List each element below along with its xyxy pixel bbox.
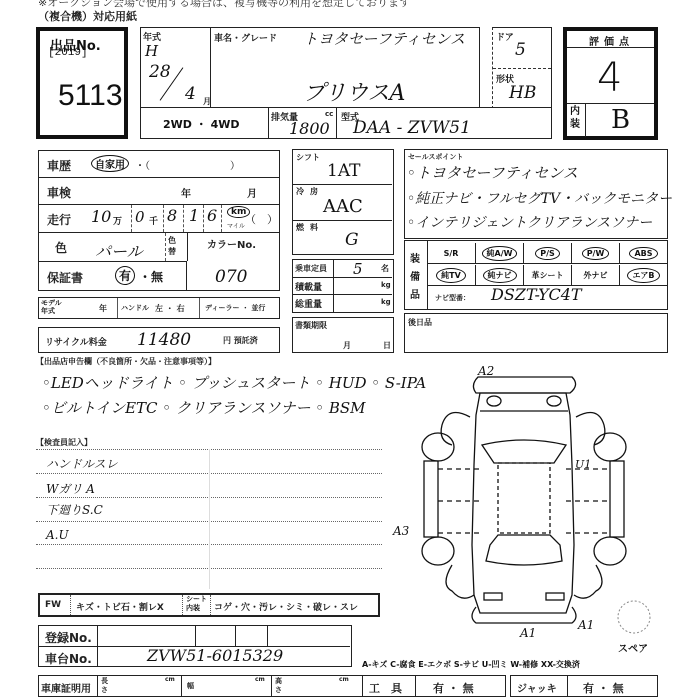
mileage-label: 走行 [47, 211, 71, 228]
equipment-label: 装備品 [410, 251, 420, 305]
recycle-label: リサイクル料金 [45, 335, 107, 348]
door-divider [493, 68, 551, 69]
equipment-item-label: エアB [627, 268, 659, 283]
equipment-item-label: P/S [535, 247, 560, 260]
warranty-sep: ・ [139, 268, 151, 285]
shift-value: 1AT [327, 161, 361, 181]
mileage-sep-2 [163, 205, 164, 232]
reg-vline-4 [267, 626, 268, 646]
car-damage-diagram [390, 355, 700, 655]
docs-day: 日 [383, 340, 391, 351]
recycle-row: リサイクル料金 11480 円 預託済 [38, 327, 280, 353]
equipment-item-label: 純A/W [482, 246, 518, 261]
capacity-unit: 名 [381, 263, 389, 274]
inspector-note-1: ハンドルスレ [46, 455, 118, 472]
door-label: ドア [496, 30, 514, 43]
score-overall: 4 [597, 55, 622, 101]
sales-point-3: ◦インテリジェントクリアランスソナー [407, 212, 652, 232]
equipment-row-divider-1 [427, 263, 667, 264]
mileage-paren: （ ） [245, 211, 278, 227]
drive-label: 2WD ・ 4WD [163, 116, 240, 132]
car-grade: プリウスA [303, 76, 405, 107]
docs-month: 月 [343, 340, 351, 351]
color-value: パール [95, 239, 143, 262]
seat-options: コゲ・穴・汚レ・シミ・破レ・スレ [214, 600, 358, 613]
gross-unit: kg [381, 298, 391, 306]
tools-sep [415, 676, 416, 696]
interior-divider [567, 103, 654, 104]
warranty-label: 保証書 [47, 269, 83, 286]
color-code-label: カラーNo. [207, 236, 256, 251]
sales-points-label: セールスポイント [408, 152, 463, 162]
mileage-unit-mile: マイル [227, 221, 245, 230]
equipment-item: 革シート [523, 265, 571, 285]
equipment-item: P/S [523, 243, 571, 263]
handle-options: 左 ・ 右 [155, 303, 185, 314]
equipment-item: S/R [427, 243, 475, 263]
load-unit: kg [381, 281, 391, 289]
reg-label: 登録No. [45, 629, 92, 646]
model-value: DAA - ZVW51 [353, 118, 471, 138]
mileage-man-unit: 万 [113, 214, 122, 227]
load-label: 積載量 [295, 280, 322, 293]
interior-label: 内装 [570, 105, 582, 131]
seat-sep-2 [210, 595, 211, 615]
equipment-item: P/W [571, 243, 619, 263]
color-code-value: 070 [215, 267, 247, 287]
shift-label: シフト [296, 152, 320, 163]
equipment-item-label: 革シート [528, 269, 568, 282]
model-box: 型式 DAA - ZVW51 [336, 107, 552, 139]
tools-label: 工 具 [369, 680, 402, 696]
spare-label: スペア [618, 640, 648, 655]
door-shape-box: ドア 5 形状 HB [492, 27, 552, 109]
garage-width-unit: cm [255, 676, 265, 683]
seller-notes-label: 【出品店申告欄（不良箇所・欠品・注意事項等）】 [36, 356, 216, 367]
year-era: H [145, 42, 158, 60]
displacement-value: 1800 [289, 119, 330, 138]
ac-divider [293, 220, 392, 221]
garage-height-unit: cm [339, 676, 349, 683]
seller-note-1: ◦LEDヘッドライト ◦ プッシュスタート ◦ HUD ◦ S-IPA [42, 372, 426, 393]
fw-sep [70, 595, 71, 615]
equipment-box: 装備品 S/R純A/WP/SP/WABS 純TV純ナビ革シート外ナビエアB ナビ… [404, 240, 668, 310]
mileage-sep-3 [183, 205, 184, 232]
reg-vline-3 [235, 626, 236, 646]
header-note: （複合機）対応用紙 [38, 8, 137, 24]
shape-value: HB [509, 83, 536, 103]
interior-score: B [611, 105, 630, 135]
history-label: 車歴 [47, 157, 71, 174]
jack-box: ジャッキ 有 ・ 無 [510, 675, 658, 697]
reg-vline [97, 626, 98, 666]
ac-value: AAC [323, 196, 363, 217]
equipment-item: 外ナビ [571, 265, 619, 285]
chassis-label: 車台No. [45, 650, 92, 667]
equipment-item-label: 純ナビ [483, 268, 517, 283]
recycle-suffix: 円 預託済 [223, 335, 258, 346]
sales-points-box: セールスポイント ◦トヨタセーフティセンス ◦純正ナビ・フルセグTV・バックモニ… [404, 149, 668, 239]
capacity-value: 5 [353, 260, 363, 278]
model-year-row: モデル年式 年 ハンドル 左 ・ 右 ディーラー ・ 並行 [38, 297, 280, 319]
inspection-year-unit: 年 [181, 185, 191, 200]
lot-stamp: [2019] [48, 47, 88, 59]
ac-label: 冷房 [296, 186, 324, 197]
shift-divider [293, 184, 392, 185]
reg-vline-2 [195, 626, 196, 646]
lot-box: 出品No. [2019] 5113 [36, 27, 128, 139]
damage-mark-front: A2 [478, 364, 494, 378]
equipment-item-label: S/R [440, 248, 463, 259]
sales-point-2: ◦純正ナビ・フルセグTV・バックモニター [407, 188, 672, 208]
inspection-label: 車検 [47, 184, 71, 201]
equipment-item: 純TV [427, 265, 475, 285]
inspector-note-3: 下廻りS.C [46, 501, 103, 518]
sales-point-1: ◦トヨタセーフティセンス [407, 162, 578, 183]
equipment-item-label: 純TV [436, 268, 466, 283]
inspection-row: 車検 年 月 [38, 177, 280, 205]
garage-length-unit: cm [165, 676, 175, 683]
equipment-item-label: 外ナビ [580, 269, 612, 282]
lot-number: 5113 [58, 79, 123, 113]
fuel-label: 燃料 [296, 222, 324, 233]
nav-model-value: DSZT-YC4T [491, 285, 582, 304]
damage-legend: A-キズ C-腐食 E-エクボ S-サビ U-凹ミ W-補修 XX-交換済 [362, 659, 580, 670]
displacement-box: 排気量 cc 1800 [268, 107, 338, 139]
registration-box: 登録No. 車台No. ZVW51-6015329 [38, 625, 352, 667]
docs-label: 書類期限 [295, 320, 327, 331]
year-value: 28 [149, 62, 171, 82]
jack-label: ジャッキ [517, 680, 557, 695]
inspector-label: 【検査員記入】 [36, 437, 92, 448]
equipment-item-label: P/W [582, 247, 610, 260]
mileage-digit-1: 8 [167, 206, 177, 225]
fw-options: キズ・トビ石・割レX [76, 600, 164, 613]
capacity-label: 乗車定員 [295, 263, 327, 274]
capacity-divider [293, 277, 392, 278]
warranty-yes: 有 [115, 266, 135, 285]
car-name: トヨタセーフティセンス [303, 28, 465, 49]
mileage-digit-2: 1 [189, 206, 199, 225]
chassis-value: ZVW51-6015329 [147, 646, 283, 665]
jack-options: 有 ・ 無 [583, 680, 624, 696]
docs-box: 書類期限 月 日 [292, 317, 394, 353]
warranty-row: 保証書 有 ・ 無 [38, 261, 188, 291]
load-divider [293, 294, 392, 295]
later-items-label: 後日品 [408, 317, 432, 328]
recycle-value: 11480 [137, 330, 191, 350]
color-change-label: 色替 [168, 235, 178, 257]
damage-mark-right-door: U1 [575, 458, 591, 471]
handle-label: ハンドル [121, 303, 149, 313]
equipment-item-label: ABS [629, 247, 657, 260]
garage-label: 車庫証明用 [41, 680, 91, 695]
score-divider [567, 47, 654, 48]
mileage-sen: 0 [135, 208, 145, 226]
seller-note-2: ◦ビルトインETC ◦ クリアランスソナー ◦ BSM [42, 397, 366, 418]
seat-label: シート内装 [186, 595, 208, 613]
color-label: 色 [55, 239, 67, 256]
year-box: 年式 H 28 4 月 [140, 27, 212, 109]
interior-vdivider [585, 103, 586, 137]
dealer-sep [199, 298, 200, 318]
color-code-box: 070 [186, 261, 280, 291]
model-year-label: モデル年式 [41, 299, 65, 315]
mileage-sep-4 [203, 205, 204, 232]
door-value: 5 [515, 40, 526, 60]
year-month: 4 [185, 84, 196, 104]
dealer-options: ディーラー ・ 並行 [205, 303, 265, 313]
inspector-note-4: A.U [46, 528, 69, 542]
glass-seat-row: FW キズ・トビ石・割レX シート内装 コゲ・穴・汚レ・シミ・破レ・スレ [38, 593, 380, 617]
car-name-box: 車名・グレード トヨタセーフティセンス プリウスA [210, 27, 480, 109]
shift-ac-fuel-box: シフト 1AT 冷房 AAC 燃料 G [292, 149, 394, 255]
score-label: 評価点 [589, 33, 634, 48]
inspector-note-2: Wガリ A [46, 480, 95, 497]
jack-sep [567, 676, 568, 696]
model-year-unit: 年 [99, 303, 107, 314]
warranty-no: 無 [151, 268, 163, 285]
garage-length: 長さ [101, 677, 109, 695]
damage-mark-rear-corner: A1 [578, 618, 594, 632]
color-sep [165, 233, 166, 261]
equipment-item: ABS [619, 243, 667, 263]
damage-mark-left-side: A3 [393, 524, 409, 538]
nav-model-label: ナビ型番： [435, 293, 470, 303]
displacement-unit: cc [325, 110, 333, 118]
garage-sep-0 [97, 676, 98, 696]
tools-options: 有 ・ 無 [433, 680, 474, 696]
garage-sep-1 [181, 676, 182, 696]
mileage-man: 10 [91, 207, 111, 226]
fw-label: FW [45, 600, 61, 610]
damage-mark-rear: A1 [520, 626, 536, 640]
capacity-vline [333, 260, 334, 312]
equipment-item: 純ナビ [475, 265, 523, 285]
equipment-item: エアB [619, 265, 667, 285]
garage-width: 幅 [187, 681, 194, 691]
tools-box: 工 具 有 ・ 無 [362, 675, 506, 697]
equipment-item: 純A/W [475, 243, 523, 263]
fuel-value: G [345, 230, 359, 250]
mileage-digit-3: 6 [207, 206, 217, 225]
inspection-month-unit: 月 [247, 185, 257, 200]
seat-sep [182, 595, 183, 615]
later-items-box: 後日品 [404, 313, 668, 353]
mileage-sen-unit: 千 [149, 214, 158, 227]
capacity-box: 乗車定員 5 名 積載量 kg 総重量 kg [292, 259, 394, 313]
history-row: 車歴 自家用 ・（ ） [38, 150, 280, 178]
history-value: 自家用 [91, 155, 129, 172]
inspector-vline [209, 449, 210, 589]
garage-sep-2 [271, 676, 272, 696]
color-row: 色 パール 色替 カラーNo. [38, 232, 280, 262]
mileage-row: 走行 10 万 0 千 8 1 6 km マイル （ ） [38, 204, 280, 233]
garage-height: 高さ [275, 677, 283, 695]
model-year-sep [117, 298, 118, 318]
drive-box: 2WD ・ 4WD [140, 107, 270, 139]
gross-label: 総重量 [295, 297, 322, 310]
mileage-sep-1 [131, 205, 132, 232]
garage-row: 車庫証明用 長さ cm 幅 cm 高さ cm [38, 675, 370, 697]
car-name-label: 車名・グレード [214, 31, 277, 44]
history-other: ・（ ） [135, 157, 240, 172]
mileage-sep-5 [221, 205, 222, 232]
score-box: 評価点 4 内装 B [563, 27, 658, 140]
